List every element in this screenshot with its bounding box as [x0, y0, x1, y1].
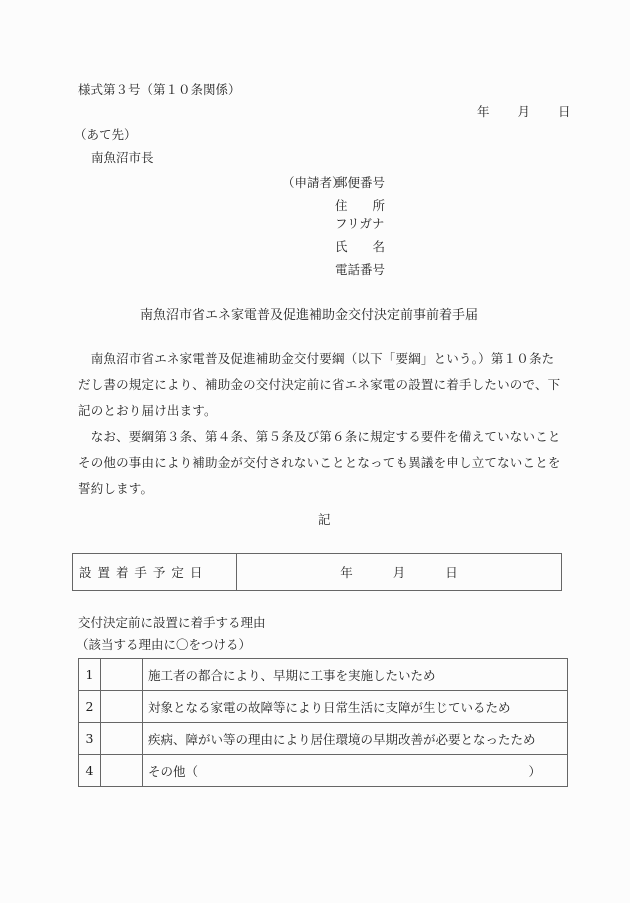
- date-month-label: 月: [518, 104, 531, 119]
- reason-other-cell[interactable]: その他（ ）: [143, 755, 568, 787]
- reason-number: 4: [79, 755, 101, 787]
- reason-text: その他（: [148, 764, 198, 779]
- schedule-label-cell: 設 置 着 手 予 定 日: [73, 554, 237, 591]
- body-line: なお、要綱第３条、第４条、第５条及び第６条に規定する要件を備えていないこと: [78, 424, 578, 450]
- furigana-label: フリガナ: [335, 218, 384, 231]
- body-line: 記のとおり届け出ます。: [78, 398, 578, 424]
- reason-mark-cell[interactable]: [101, 659, 143, 691]
- reasons-table: 1 施工者の都合により、早期に工事を実施したいため 2 対象となる家電の故障等に…: [78, 658, 568, 787]
- body-line: 南魚沼市省エネ家電普及促進補助金交付要綱（以下「要綱」という。）第１０条た: [78, 346, 578, 372]
- body-paragraph-2: なお、要綱第３条、第４条、第５条及び第６条に規定する要件を備えていないこと その…: [78, 424, 578, 502]
- reason-number: 1: [79, 659, 101, 691]
- reasons-heading: 交付決定前に設置に着手する理由: [78, 617, 266, 630]
- reasons-instruction: （該当する理由に〇をつける）: [76, 639, 251, 652]
- reason-close-paren: ）: [528, 762, 541, 780]
- body-line: その他の事由により補助金が交付されないこととなっても異議を申し立てないことを: [78, 450, 578, 476]
- document-title: 南魚沼市省エネ家電普及促進補助金交付決定前事前着手届: [140, 309, 478, 322]
- table-row: 1 施工者の都合により、早期に工事を実施したいため: [79, 659, 568, 691]
- schedule-date-cell[interactable]: 年 月 日: [237, 554, 562, 591]
- table-row: 4 その他（ ）: [79, 755, 568, 787]
- table-row: 3 疾病、障がい等の理由により居住環境の早期改善が必要となったため: [79, 723, 568, 755]
- body-line: だし書の規定により、補助金の交付決定前に省エネ家電の設置に着手したいので、下: [78, 372, 578, 398]
- schedule-day-label: 日: [445, 565, 458, 580]
- reason-mark-cell[interactable]: [101, 691, 143, 723]
- address-label: 住 所: [335, 200, 385, 213]
- reason-text: 対象となる家電の故障等により日常生活に支障が生じているため: [143, 691, 568, 723]
- addressee: 南魚沼市長: [91, 152, 154, 165]
- date-year-label: 年: [477, 104, 490, 119]
- submission-date: 年 月 日: [477, 106, 571, 119]
- postal-code-label: 郵便番号: [335, 177, 385, 190]
- ki-label: 記: [318, 514, 331, 527]
- addressee-label: （あて先）: [74, 129, 137, 142]
- body-line: 誓約します。: [78, 476, 578, 502]
- date-day-label: 日: [558, 104, 571, 119]
- schedule-year-label: 年: [340, 565, 353, 580]
- reason-text: 疾病、障がい等の理由により居住環境の早期改善が必要となったため: [143, 723, 568, 755]
- schedule-month-label: 月: [393, 565, 406, 580]
- reason-text: 施工者の都合により、早期に工事を実施したいため: [143, 659, 568, 691]
- reason-mark-cell[interactable]: [101, 723, 143, 755]
- reason-number: 3: [79, 723, 101, 755]
- reason-mark-cell[interactable]: [101, 755, 143, 787]
- form-number: 様式第３号（第１０条関係）: [78, 84, 241, 97]
- schedule-table: 設 置 着 手 予 定 日 年 月 日: [72, 553, 562, 591]
- name-label: 氏 名: [335, 241, 385, 254]
- reason-number: 2: [79, 691, 101, 723]
- body-paragraph-1: 南魚沼市省エネ家電普及促進補助金交付要綱（以下「要綱」という。）第１０条た だし…: [78, 346, 578, 424]
- table-row: 2 対象となる家電の故障等により日常生活に支障が生じているため: [79, 691, 568, 723]
- phone-label: 電話番号: [335, 264, 385, 277]
